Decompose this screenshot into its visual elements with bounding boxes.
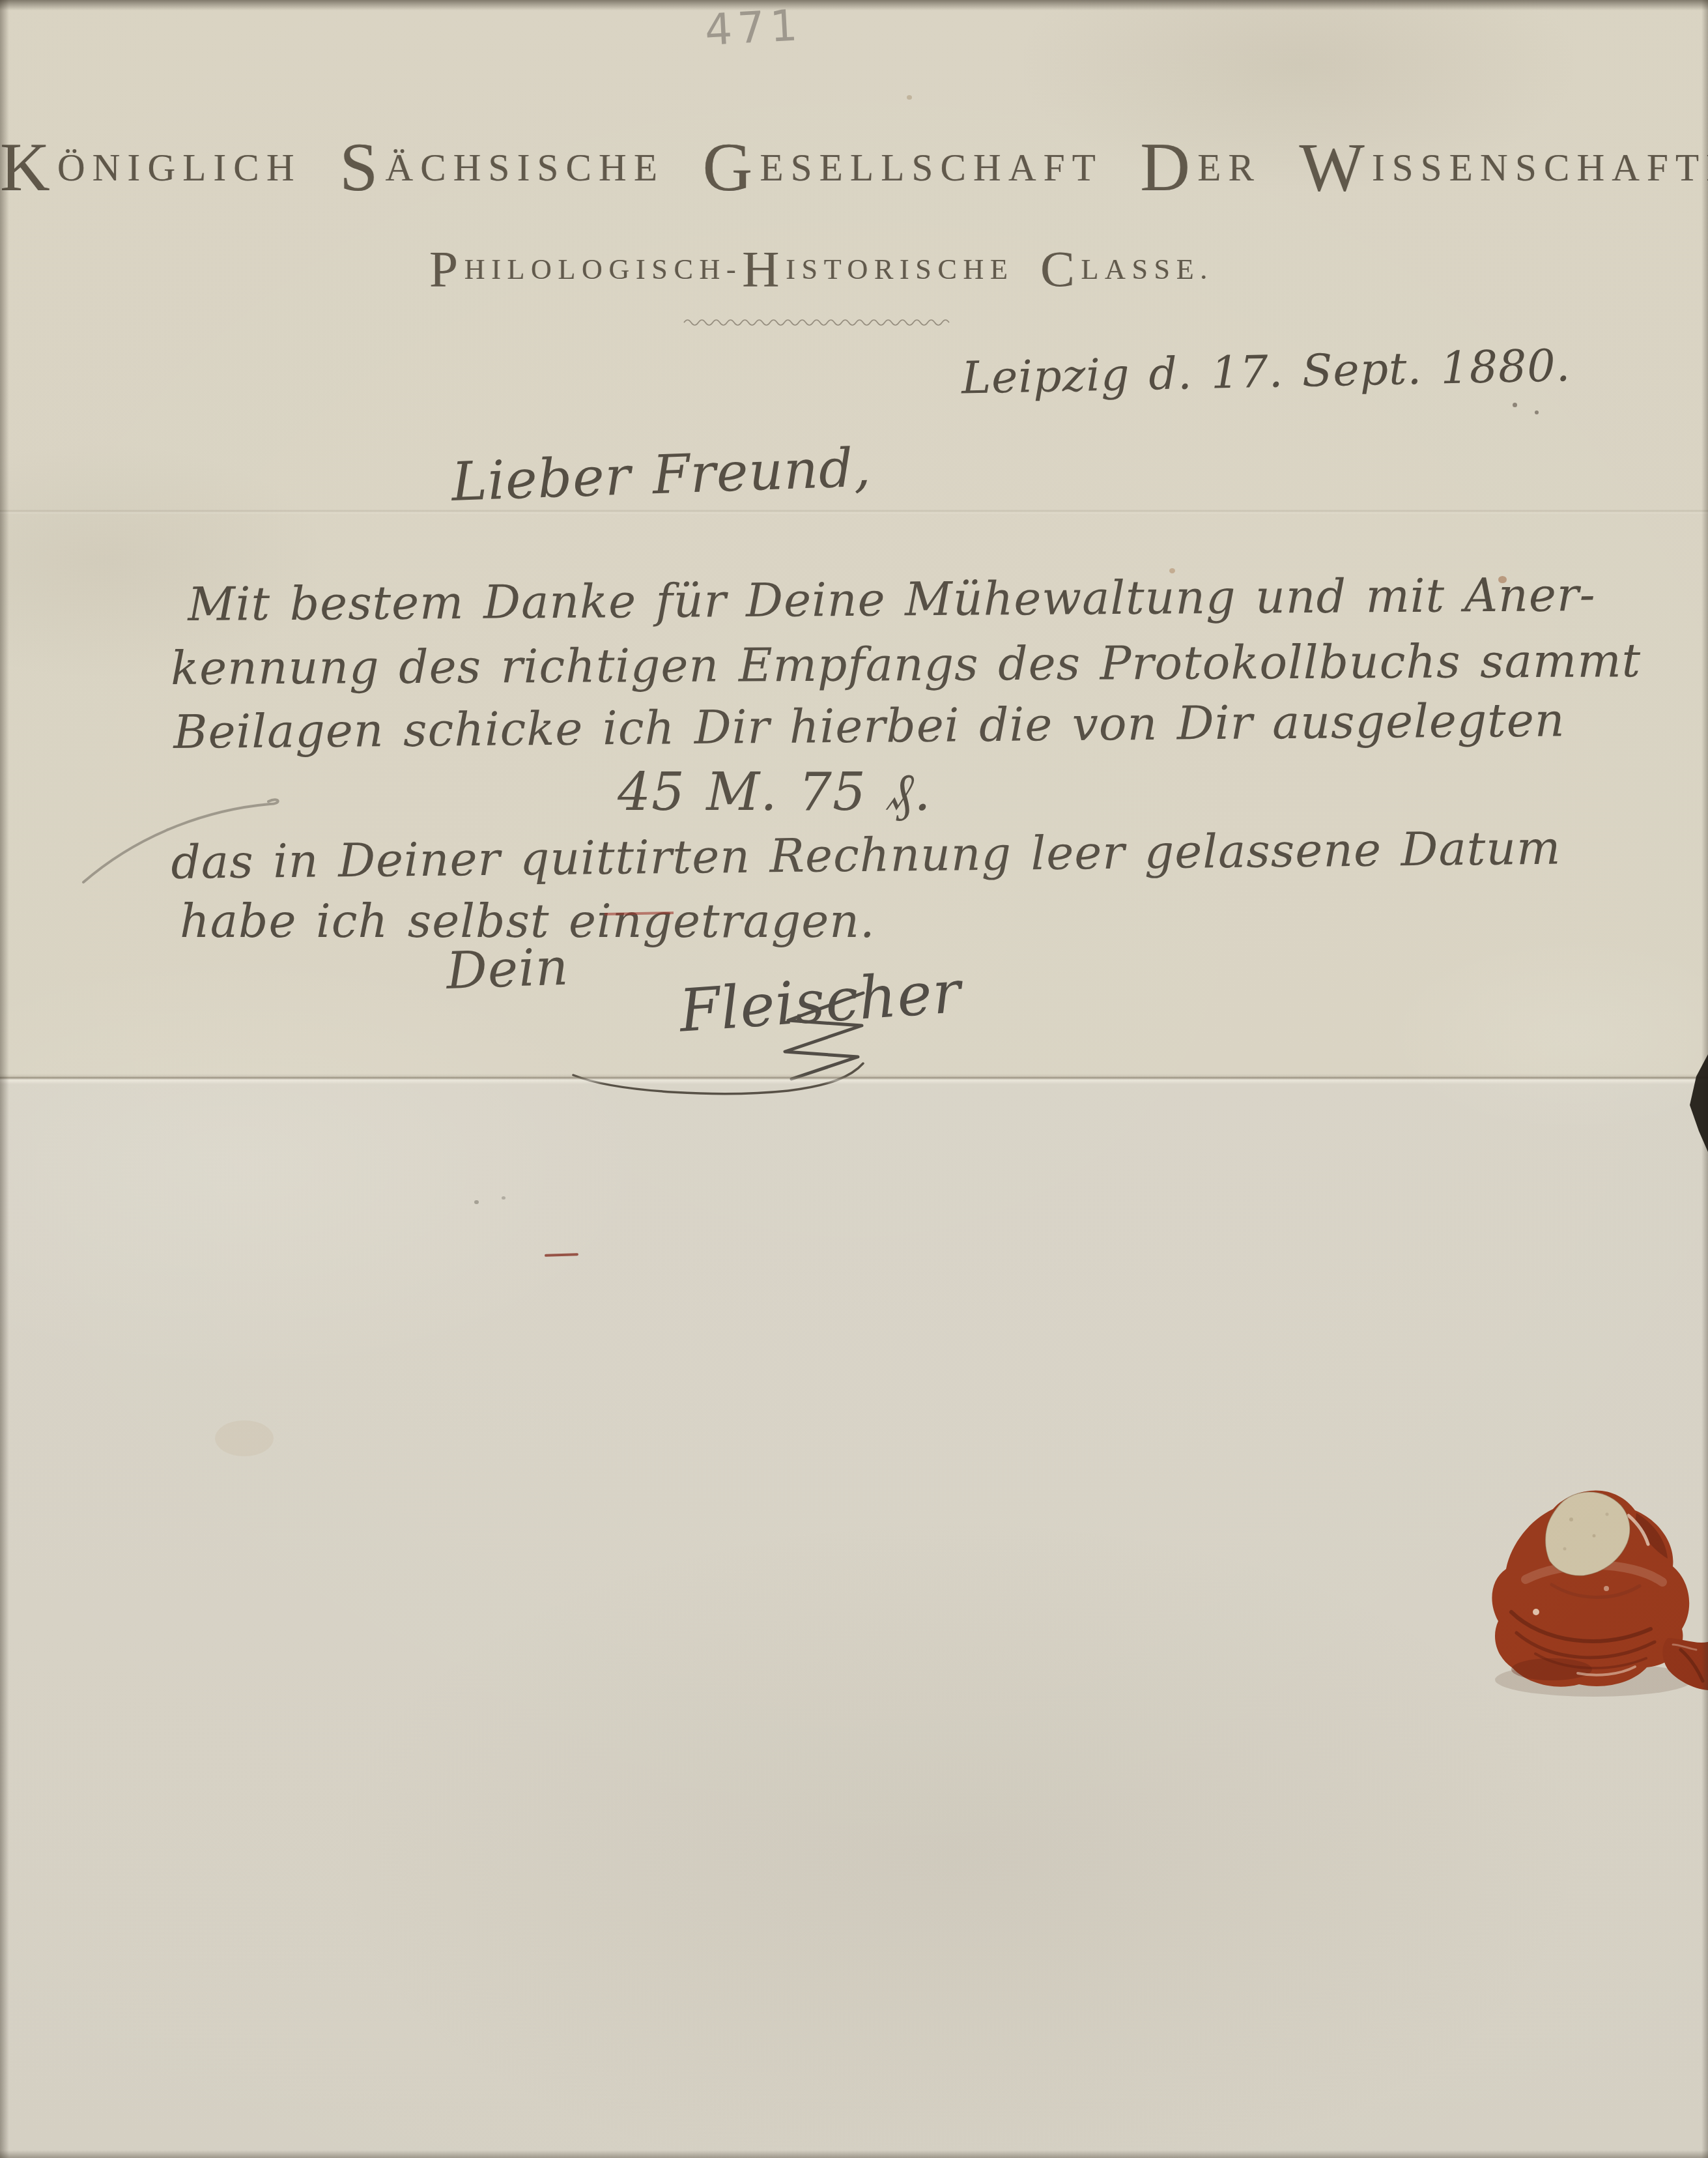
rust-speck — [907, 95, 912, 100]
letterhead-society-name: KÖNIGLICH SÄCHSISCHE GESELLSCHAFT DER WI… — [0, 149, 1643, 187]
paper-edge-tear — [1687, 1054, 1708, 1152]
wax-highlight — [1533, 1609, 1539, 1615]
ornamental-wavy-rule — [683, 317, 958, 326]
patch-texture-dot — [1563, 1547, 1567, 1551]
patch-texture-dot — [1606, 1513, 1609, 1516]
amount-line: 45 M. 75 ₰. — [618, 766, 932, 818]
graphite-speck — [502, 1196, 505, 1200]
fold-crease-upper — [0, 508, 1708, 515]
red-dash-mark — [545, 1253, 578, 1257]
closing-word: Dein — [446, 942, 569, 997]
patch-texture-dot — [1593, 1534, 1596, 1538]
body-line-2: kennung des richtigen Empfangs des Proto… — [171, 637, 1641, 691]
archival-number-pencil: 471 — [704, 0, 804, 55]
wax-highlight — [1604, 1586, 1609, 1591]
body-line-5: habe ich selbst eingetragen. — [180, 898, 875, 944]
dateline: Leipzig d. 17. Sept. 1880. — [961, 344, 1571, 401]
body-line-1: Mit bestem Danke für Deine Mühewaltung u… — [188, 571, 1596, 627]
pencil-dot — [1535, 410, 1539, 414]
wax-seal — [1473, 1474, 1708, 1708]
letter-scan-page: 471 KÖNIGLICH SÄCHSISCHE GESELLSCHAFT DE… — [0, 0, 1708, 2158]
letterhead-class-name: PHILOLOGISCH-HISTORISCHE CLASSE. — [0, 255, 1643, 284]
body-line-3: Beilagen schicke ich Dir hierbei die von… — [173, 697, 1565, 755]
body-line-4: das in Deiner quittirten Rechnung leer g… — [171, 825, 1561, 885]
salutation: Lieber Freund, — [451, 442, 872, 510]
pencil-dot — [1513, 403, 1517, 407]
graphite-speck — [474, 1200, 479, 1204]
patch-texture-dot — [1569, 1518, 1573, 1521]
pencil-tick-mark — [65, 791, 287, 895]
faint-stain — [215, 1420, 274, 1456]
signature-flourish — [557, 972, 883, 1102]
